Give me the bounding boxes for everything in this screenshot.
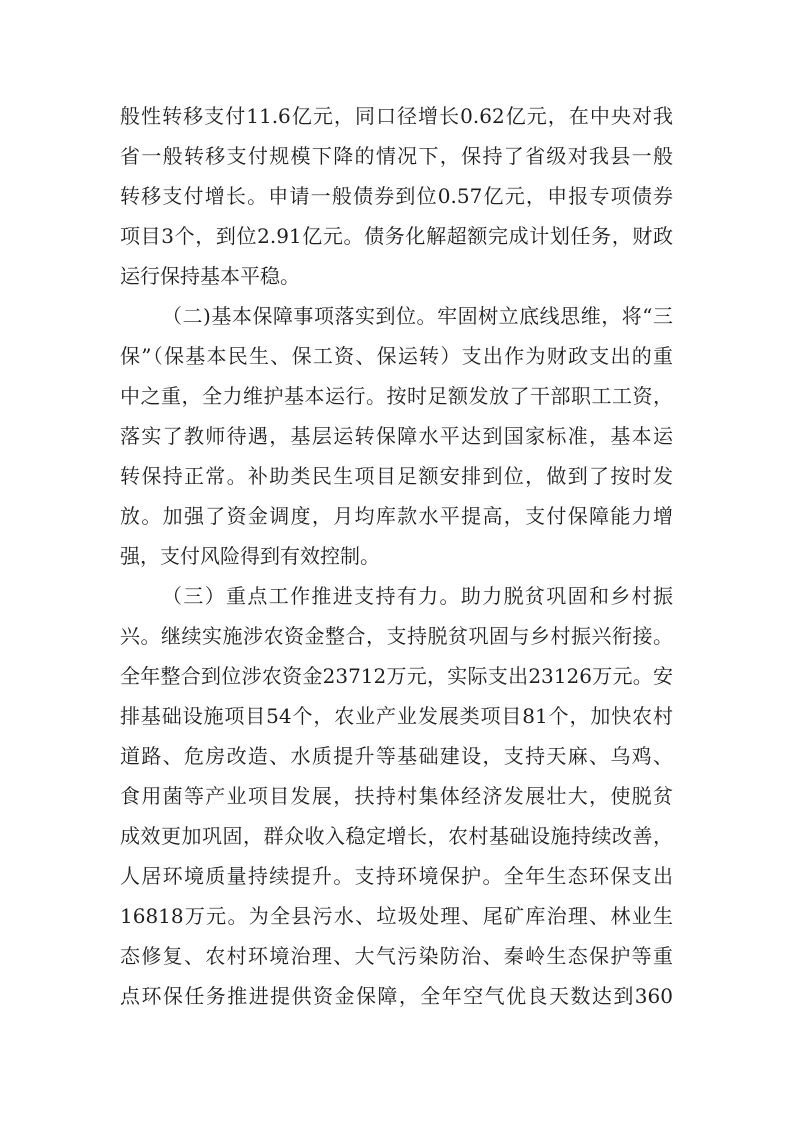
paragraph-section-2: （二)基本保障事项落实到位。牢固树立底线思维，将“三 保”（保基本民生、保工资、… bbox=[120, 296, 673, 576]
document-page: 般性转移支付11.6亿元，同口径增长0.62亿元，在中央对我 省一般转移支付规模… bbox=[0, 0, 793, 1122]
text-line: 转移支付增长。申请一般债券到位0.57亿元，申报专项债券 bbox=[120, 176, 673, 216]
paragraph-continuation: 般性转移支付11.6亿元，同口径增长0.62亿元，在中央对我 省一般转移支付规模… bbox=[120, 96, 673, 296]
text-line: 态修复、农村环境治理、大气污染防治、秦岭生态保护等重 bbox=[120, 936, 673, 976]
text-line: 中之重，全力维护基本运行。按时足额发放了干部职工工资， bbox=[120, 376, 673, 416]
text-line: 强，支付风险得到有效控制。 bbox=[120, 536, 673, 576]
text-line: 放。加强了资金调度，月均库款水平提高，支付保障能力增 bbox=[120, 496, 673, 536]
text-line: 落实了教师待遇，基层运转保障水平达到国家标准，基本运 bbox=[120, 416, 673, 456]
text-line: 食用菌等产业项目发展，扶持村集体经济发展壮大，使脱贫 bbox=[120, 776, 673, 816]
text-line: 兴。继续实施涉农资金整合，支持脱贫巩固与乡村振兴衔接。 bbox=[120, 616, 673, 656]
text-line: 道路、危房改造、水质提升等基础建设，支持天麻、乌鸡、 bbox=[120, 736, 673, 776]
text-line: 保”（保基本民生、保工资、保运转）支出作为财政支出的重 bbox=[120, 336, 673, 376]
section-heading-line: （二)基本保障事项落实到位。牢固树立底线思维，将“三 bbox=[120, 296, 673, 336]
text-line: 点环保任务推进提供资金保障，全年空气优良天数达到360 bbox=[120, 976, 673, 1016]
text-line: 省一般转移支付规模下降的情况下，保持了省级对我县一般 bbox=[120, 136, 673, 176]
text-line: 运行保持基本平稳。 bbox=[120, 256, 673, 296]
text-line: 成效更加巩固，群众收入稳定增长，农村基础设施持续改善， bbox=[120, 816, 673, 856]
section-heading-line: （三）重点工作推进支持有力。助力脱贫巩固和乡村振 bbox=[120, 576, 673, 616]
text-line: 全年整合到位涉农资金23712万元，实际支出23126万元。安 bbox=[120, 656, 673, 696]
text-line: 般性转移支付11.6亿元，同口径增长0.62亿元，在中央对我 bbox=[120, 96, 673, 136]
page-text-block: 般性转移支付11.6亿元，同口径增长0.62亿元，在中央对我 省一般转移支付规模… bbox=[120, 96, 673, 1016]
text-line: 16818万元。为全县污水、垃圾处理、尾矿库治理、林业生 bbox=[120, 896, 673, 936]
paragraph-section-3: （三）重点工作推进支持有力。助力脱贫巩固和乡村振 兴。继续实施涉农资金整合，支持… bbox=[120, 576, 673, 1016]
text-line: 转保持正常。补助类民生项目足额安排到位，做到了按时发 bbox=[120, 456, 673, 496]
text-line: 排基础设施项目54个，农业产业发展类项目81个，加快农村 bbox=[120, 696, 673, 736]
text-line: 人居环境质量持续提升。支持环境保护。全年生态环保支出 bbox=[120, 856, 673, 896]
text-line: 项目3个，到位2.91亿元。债务化解超额完成计划任务，财政 bbox=[120, 216, 673, 256]
